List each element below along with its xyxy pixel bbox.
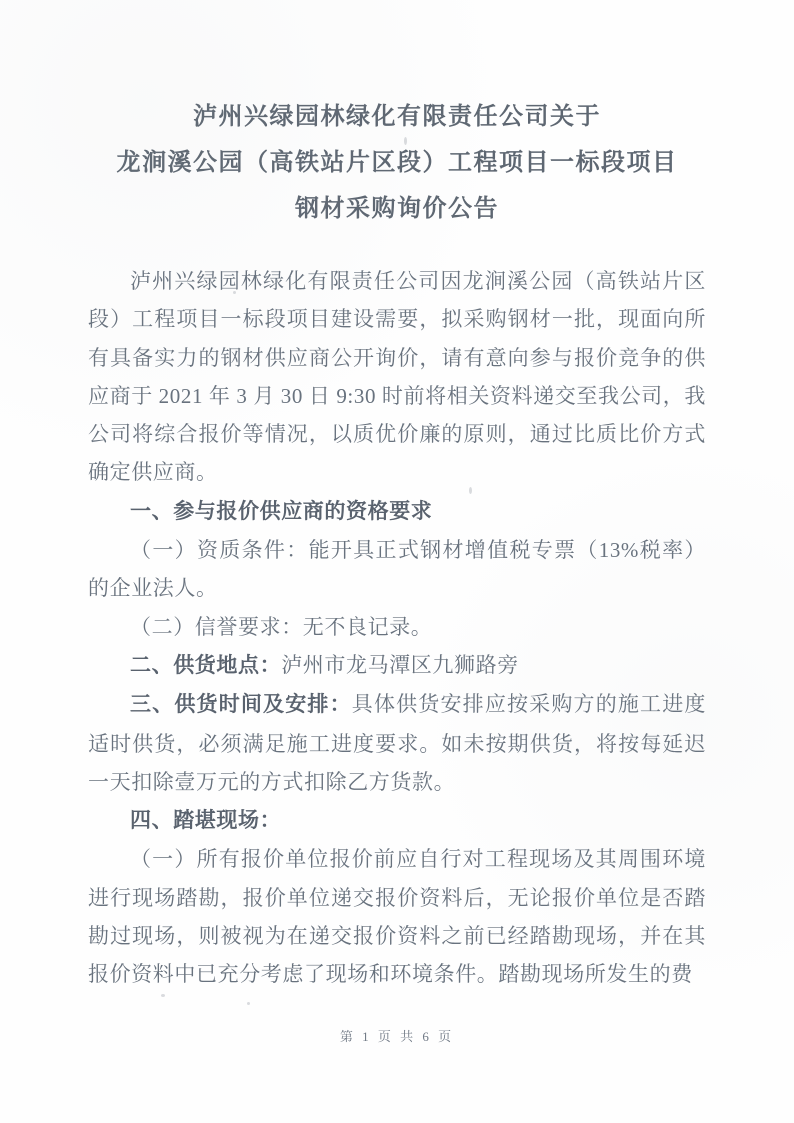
scan-artifact <box>469 487 472 494</box>
section-3-heading-text: 三、供货时间及安排： <box>130 693 352 716</box>
doc-body: 泸州兴绿园林绿化有限责任公司因龙涧溪公园（高铁站片区段）工程项目一标段项目建设需… <box>88 262 706 994</box>
doc-title: 泸州兴绿园林绿化有限责任公司关于 龙涧溪公园（高铁站片区段）工程项目一标段项目 … <box>0 0 794 232</box>
section-1-item-2-text: （二）信誉要求：无不良记录。 <box>130 615 432 639</box>
section-1-item-2: （二）信誉要求：无不良记录。 <box>88 608 706 646</box>
section-2-heading-text: 二、供货地点： <box>130 654 281 677</box>
section-2-body-text: 泸州市龙马潭区九狮路旁 <box>281 653 519 677</box>
scan-artifact <box>161 994 165 997</box>
section-1-item-1-text: （一）资质条件：能开具正式钢材增值税专票（13%税率）的企业法人。 <box>88 538 706 600</box>
section-4-heading-text: 四、踏堪现场： <box>130 809 281 832</box>
doc-title-line-2: 龙涧溪公园（高铁站片区段）工程项目一标段项目 <box>0 140 794 186</box>
section-4-item-1: （一）所有报价单位报价前应自行对工程现场及其周围环境进行现场踏勘，报价单位递交报… <box>88 840 706 993</box>
scan-artifact <box>247 1002 250 1005</box>
section-3-line: 三、供货时间及安排：具体供货安排应按采购方的施工进度适时供货，必须满足施工进度要… <box>88 685 706 801</box>
section-4-item-1-text: （一）所有报价单位报价前应自行对工程现场及其周围环境进行现场踏勘，报价单位递交报… <box>88 847 706 986</box>
doc-title-line-3: 钢材采购询价公告 <box>0 186 794 232</box>
intro-text: 泸州兴绿园林绿化有限责任公司因龙涧溪公园（高铁站片区段）工程项目一标段项目建设需… <box>88 269 706 484</box>
doc-title-line-1: 泸州兴绿园林绿化有限责任公司关于 <box>0 94 794 140</box>
document-page: 泸州兴绿园林绿化有限责任公司关于 龙涧溪公园（高铁站片区段）工程项目一标段项目 … <box>0 0 794 1123</box>
page-number-indicator: 第 1 页 共 6 页 <box>0 1026 794 1045</box>
scan-artifact <box>233 291 236 294</box>
intro-paragraph: 泸州兴绿园林绿化有限责任公司因龙涧溪公园（高铁站片区段）工程项目一标段项目建设需… <box>88 262 706 492</box>
section-4-heading: 四、踏堪现场： <box>88 801 706 840</box>
scan-artifact <box>404 137 407 145</box>
section-1-heading: 一、参与报价供应商的资格要求 <box>88 492 706 531</box>
section-1-heading-text: 一、参与报价供应商的资格要求 <box>130 500 432 523</box>
section-1-item-1: （一）资质条件：能开具正式钢材增值税专票（13%税率）的企业法人。 <box>88 531 706 608</box>
section-2-line: 二、供货地点：泸州市龙马潭区九狮路旁 <box>88 646 706 685</box>
